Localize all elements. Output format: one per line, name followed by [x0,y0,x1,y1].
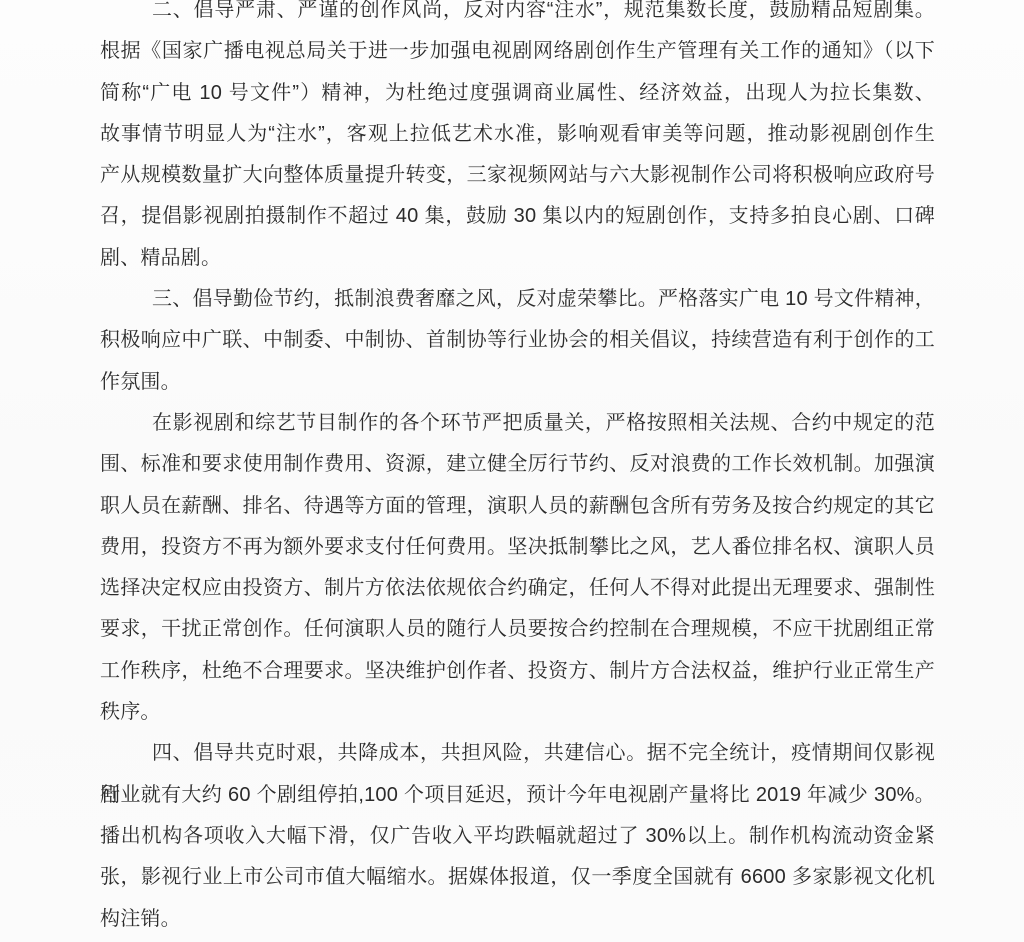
text-line: 围、标准和要求使用制作费用、资源，建立健全厉行节约、反对浪费的工作长效机制。加强… [100,444,935,485]
text-line: 召，提倡影视剧拍摄制作不超过 40 集，鼓励 30 集以内的短剧创作，支持多拍良… [100,196,935,237]
paragraph-1: 二、倡导严肃、严谨的创作风尚，反对内容“注水”，规范集数长度，鼓励精品短剧集。根… [100,0,935,279]
document-body: 二、倡导严肃、严谨的创作风尚，反对内容“注水”，规范集数长度，鼓励精品短剧集。根… [100,0,935,940]
text-line: 张，影视行业上市公司市值大幅缩水。据媒体报道，仅一季度全国就有 6600 多家影… [100,857,935,898]
text-line: 作氛围。 [100,362,935,403]
text-line: 在影视剧和综艺节目制作的各个环节严把质量关，严格按照相关法规、合约中规定的范 [100,403,935,444]
paragraph-4: 四、倡导共克时艰，共降成本，共担风险，共建信心。据不完全统计，疫情期间仅影视剧行… [100,733,935,939]
document-page: 二、倡导严肃、严谨的创作风尚，反对内容“注水”，规范集数长度，鼓励精品短剧集。根… [0,0,1024,942]
text-line: 简称“广电 10 号文件”）精神，为杜绝过度强调商业属性、经济效益，出现人为拉长… [100,73,935,114]
text-line: 要求，干扰正常创作。任何演职人员的随行人员要按合约控制在合理规模，不应干扰剧组正… [100,609,935,650]
text-line: 秩序。 [100,692,935,733]
text-line: 构注销。 [100,899,935,940]
text-line: 四、倡导共克时艰，共降成本，共担风险，共建信心。据不完全统计，疫情期间仅影视剧 [100,733,935,774]
text-line: 二、倡导严肃、严谨的创作风尚，反对内容“注水”，规范集数长度，鼓励精品短剧集。 [100,0,935,31]
text-line: 故事情节明显人为“注水”，客观上拉低艺术水准，影响观看审美等问题，推动影视剧创作… [100,114,935,155]
text-line: 行业就有大约 60 个剧组停拍,100 个项目延迟，预计今年电视剧产量将比 20… [100,775,935,816]
paragraph-2: 三、倡导勤俭节约，抵制浪费奢靡之风，反对虚荣攀比。严格落实广电 10 号文件精神… [100,279,935,403]
text-line: 播出机构各项收入大幅下滑，仅广告收入平均跌幅就超过了 30%以上。制作机构流动资… [100,816,935,857]
text-line: 积极响应中广联、中制委、中制协、首制协等行业协会的相关倡议，持续营造有利于创作的… [100,320,935,361]
text-line: 工作秩序，杜绝不合理要求。坚决维护创作者、投资方、制片方合法权益，维护行业正常生… [100,651,935,692]
text-line: 剧、精品剧。 [100,238,935,279]
paragraph-3: 在影视剧和综艺节目制作的各个环节严把质量关，严格按照相关法规、合约中规定的范围、… [100,403,935,733]
text-line: 三、倡导勤俭节约，抵制浪费奢靡之风，反对虚荣攀比。严格落实广电 10 号文件精神… [100,279,935,320]
text-line: 职人员在薪酬、排名、待遇等方面的管理，演职人员的薪酬包含所有劳务及按合约规定的其… [100,486,935,527]
text-line: 选择决定权应由投资方、制片方依法依规依合约确定，任何人不得对此提出无理要求、强制… [100,568,935,609]
text-line: 根据《国家广播电视总局关于进一步加强电视剧网络剧创作生产管理有关工作的通知》（以… [100,31,935,72]
text-line: 产从规模数量扩大向整体质量提升转变，三家视频网站与六大影视制作公司将积极响应政府… [100,155,935,196]
text-line: 费用，投资方不再为额外要求支付任何费用。坚决抵制攀比之风，艺人番位排名权、演职人… [100,527,935,568]
